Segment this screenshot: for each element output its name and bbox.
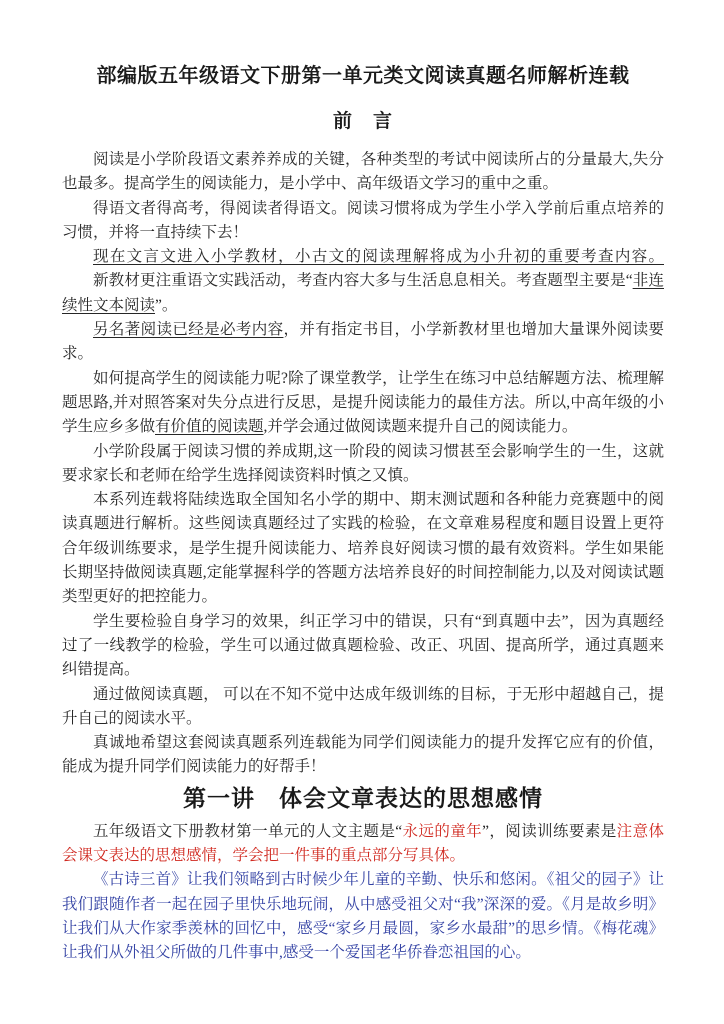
paragraph: 通过做阅读真题， 可以在不知不觉中达成年级训练的目标，于无形中超越自己，提升自己… [62,683,664,732]
paragraph: 新教材更注重语文实践活动，考查内容大多与生活息息相关。考查题型主要是“非连续性文… [62,269,664,318]
paragraph: 得语文者得高考，得阅读者得语文。阅读习惯将成为学生小学入学前后重点培养的习惯，并… [62,197,664,246]
text-run: 通过做阅读真题， 可以在不知不觉中达成年级训练的目标，于无形中超越自己，提升自己… [62,686,664,727]
paragraph: 五年级语文下册教材第一单元的人文主题是“永远的童年”，阅读训练要素是注意体会课文… [62,820,664,869]
text-run: 学生要检验自身学习的效果，纠正学习中的错误，只有“到真题中去”，因为真题经过了一… [62,613,664,679]
text-run: ,并学会通过做阅读题来提升自己的阅读能力。 [264,418,578,435]
text-run-u: 另名著阅读已经是必考内容 [93,321,283,338]
preface-heading: 前 言 [62,108,664,135]
text-run-u: 有价值的阅读题 [155,418,264,435]
paragraph: 真诚地希望这套阅读真题系列连载能为同学们阅读能力的提升发挥它应有的价值，能成为提… [62,731,664,780]
text-run: ”，阅读训练要素是 [482,823,617,840]
text-run: 真诚地希望这套阅读真题系列连载能为同学们阅读能力的提升发挥它应有的价值，能成为提… [62,734,664,775]
text-run: 小学阶段属于阅读习惯的养成期,这一阶段的阅读习惯甚至会影响学生的一生，这就要求家… [62,443,664,484]
text-run-u: 现在文言文进入小学教材，小古文的阅读理解将成为小升初的重要考查内容。 [93,248,664,265]
paragraph: 另名著阅读已经是必考内容，并有指定书目，小学新教材里也增加大量课外阅读要求。 [62,318,664,367]
paragraph: 阅读是小学阶段语文素养养成的关键，各种类型的考试中阅读所占的分量最大,失分也最多… [62,148,664,197]
text-run: 新教材更注重语文实践活动，考查内容大多与生活息息相关。考查题型主要是“ [93,272,633,289]
text-run: 五年级语文下册教材第一单元的人文主题是“ [93,823,402,840]
section-heading: 第一讲 体会文章表达的思想感情 [62,783,664,815]
text-run: 阅读是小学阶段语文素养养成的关键，各种类型的考试中阅读所占的分量最大,失分也最多… [62,151,664,192]
paragraph: 《古诗三首》让我们领略到古时候少年儿童的辛勤、快乐和悠闲。《祖父的园子》让我们跟… [62,868,664,965]
document-flow: 阅读是小学阶段语文素养养成的关键，各种类型的考试中阅读所占的分量最大,失分也最多… [62,148,664,966]
paragraph: 小学阶段属于阅读习惯的养成期,这一阶段的阅读习惯甚至会影响学生的一生，这就要求家… [62,440,664,489]
text-run: 本系列连载将陆续选取全国知名小学的期中、期末测试题和各种能力竞赛题中的阅读真题进… [62,491,664,605]
text-run-blue: 《古诗三首》让我们领略到古时候少年儿童的辛勤、快乐和悠闲。《祖父的园子》让我们跟… [62,871,664,961]
paragraph: 学生要检验自身学习的效果，纠正学习中的错误，只有“到真题中去”，因为真题经过了一… [62,610,664,683]
text-run-red: 永远的童年 [402,823,482,840]
document-page: 部编版五年级语文下册第一单元类文阅读真题名师解析连载 前 言 阅读是小学阶段语文… [0,0,724,1024]
paragraph: 本系列连载将陆续选取全国知名小学的期中、期末测试题和各种能力竞赛题中的阅读真题进… [62,488,664,609]
document-title: 部编版五年级语文下册第一单元类文阅读真题名师解析连载 [62,62,664,90]
paragraph: 现在文言文进入小学教材，小古文的阅读理解将成为小升初的重要考查内容。 [62,245,664,269]
text-run: 得语文者得高考，得阅读者得语文。阅读习惯将成为学生小学入学前后重点培养的习惯，并… [62,200,664,241]
paragraph: 如何提高学生的阅读能力呢?除了课堂教学，让学生在练习中总结解题方法、梳理解题思路… [62,367,664,440]
text-run: ”。 [155,297,177,314]
